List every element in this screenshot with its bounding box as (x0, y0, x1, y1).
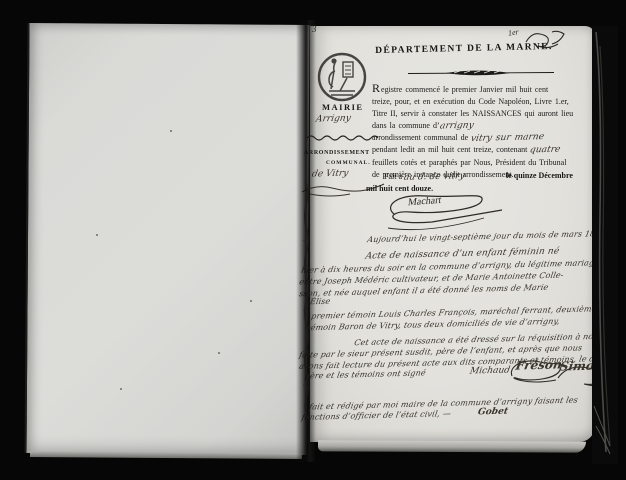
signature-flourish-icon (380, 188, 510, 232)
register-line: Titre II, servir à constater les NAISSAN… (372, 108, 594, 120)
page-title: DÉPARTEMENT DE LA MARNE. (370, 42, 558, 56)
ink-speck (250, 300, 252, 302)
right-page: 3 1er DÉPARTEMENT DE LA MARNE. MAIRIE Ar… (310, 26, 595, 442)
ink-speck (120, 388, 122, 390)
ornamental-divider-icon (406, 68, 556, 77)
register-line: treize, pour, et en exécution du Code Na… (372, 96, 594, 108)
page-stack-edge (592, 26, 618, 464)
fait-printed: Fait à (384, 172, 402, 181)
register-line: Registre commencé le premier Janvier mil… (372, 82, 594, 96)
folio-number: 1er (507, 27, 519, 37)
ink-speck (170, 130, 172, 132)
register-scan: 3 1er DÉPARTEMENT DE LA MARNE. MAIRIE Ar… (0, 0, 626, 480)
squiggle-divider-icon (306, 134, 378, 142)
fait-place-handwritten: au d. de vitry (403, 171, 466, 183)
fait-line: Fait à au d. de vitry (384, 172, 464, 182)
mairie-commune-handwritten: Arrigny (315, 114, 352, 125)
president-signature: Machart (380, 188, 510, 232)
mairie-label: MAIRIE (322, 102, 364, 112)
page-edges-icon (592, 26, 618, 464)
gutter-scribble-icon (300, 180, 312, 440)
register-line6-handwritten: quatre (529, 144, 562, 157)
register-line6-printed: pendant ledit an mil huit cent treize, c… (372, 145, 527, 154)
act-line: père et les témoins ont signé (304, 368, 427, 380)
register-paragraph: Registre commencé le premier Janvier mil… (372, 82, 594, 181)
ink-speck (96, 234, 98, 236)
revenue-stamp-icon (316, 50, 368, 104)
arrondissement-commune-handwritten: de Vitry (311, 169, 349, 180)
register-line4-printed: dans la commune d’ (372, 121, 440, 130)
communal-label: COMMUNAL. (326, 160, 371, 166)
register-line4-handwritten: arrigny (438, 120, 474, 133)
register-line: dans la commune d’arrigny (372, 120, 594, 132)
left-page (25, 23, 310, 455)
mayor-signature: Gobet (477, 407, 509, 418)
date-line1: le quinze Décembre (506, 171, 573, 180)
left-page-bottom-edge (30, 451, 302, 459)
ink-speck (218, 352, 220, 354)
witness-signature: Michaud (469, 365, 511, 376)
book-gutter (296, 20, 316, 462)
under-pages-edge (318, 440, 586, 452)
register-line: pendant ledit an mil huit cent treize, c… (372, 144, 594, 156)
register-line5-printed: arrondissement communal de (372, 133, 468, 142)
register-line: feuillets cotés et paraphés par Nous, Pr… (372, 157, 594, 169)
